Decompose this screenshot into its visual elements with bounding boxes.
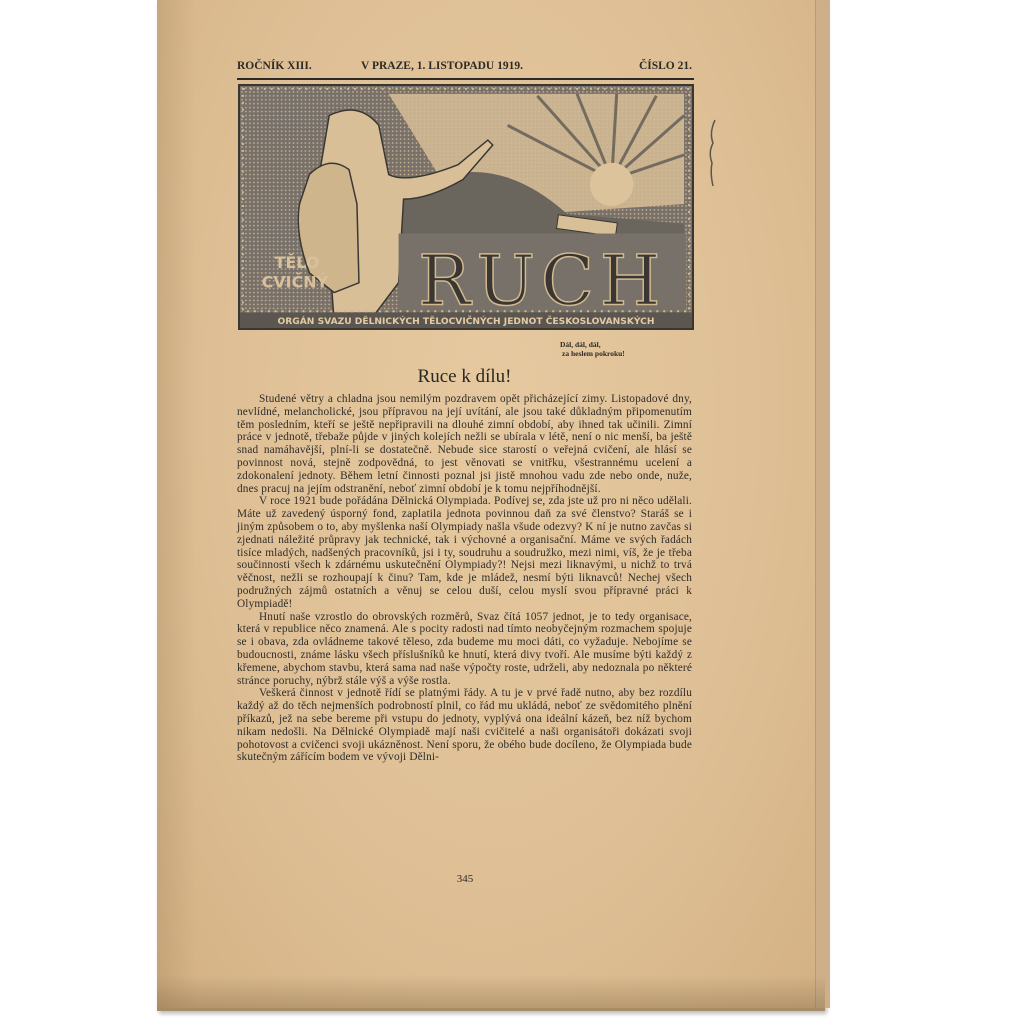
- svg-text:RUCH: RUCH: [418, 242, 666, 322]
- paragraph: Studené větry a chladna jsou nemilým poz…: [237, 393, 692, 495]
- masthead-illustration: RUCH TĚLO CVIČNÝ ORGÁN SVAZU DĚLNICKÝCH …: [238, 84, 694, 330]
- bottom-stain: [157, 975, 825, 1008]
- header-rule: [237, 78, 694, 80]
- masthead-artwork: RUCH TĚLO CVIČNÝ ORGÁN SVAZU DĚLNICKÝCH …: [240, 86, 692, 328]
- torn-right-edge: [815, 0, 830, 1008]
- paragraph: V roce 1921 bude pořádána Dělnická Olymp…: [237, 495, 692, 610]
- paragraph: Veškerá činnost v jednotě řídí se platný…: [237, 687, 692, 764]
- article-title: Ruce k dílu!: [237, 366, 692, 388]
- issue-header: ROČNÍK XIII. V PRAZE, 1. LISTOPADU 1919.…: [237, 60, 692, 78]
- paragraph: Hnutí naše vzrostlo do obrovských rozměr…: [237, 611, 692, 688]
- ink-doodle-mark: [707, 118, 717, 188]
- svg-text:CVIČNÝ: CVIČNÝ: [262, 273, 329, 292]
- article-body: Studené větry a chladna jsou nemilým poz…: [237, 393, 692, 764]
- motto-line-1: Dál, dál, dál,: [560, 340, 690, 349]
- place-date: V PRAZE, 1. LISTOPADU 1919.: [361, 60, 523, 72]
- svg-text:TĚLO: TĚLO: [275, 253, 320, 272]
- volume-label: ROČNÍK XIII.: [237, 60, 312, 72]
- motto: Dál, dál, dál, za heslem pokroku!: [560, 340, 690, 358]
- page-number: 345: [445, 873, 485, 885]
- paper-shadow: [157, 0, 197, 1008]
- motto-line-2: za heslem pokroku!: [560, 349, 690, 358]
- svg-text:ORGÁN SVAZU DĚLNICKÝCH TĚLOCVI: ORGÁN SVAZU DĚLNICKÝCH TĚLOCVIČNÝCH JEDN…: [277, 315, 654, 327]
- issue-number: ČÍSLO 21.: [639, 60, 692, 72]
